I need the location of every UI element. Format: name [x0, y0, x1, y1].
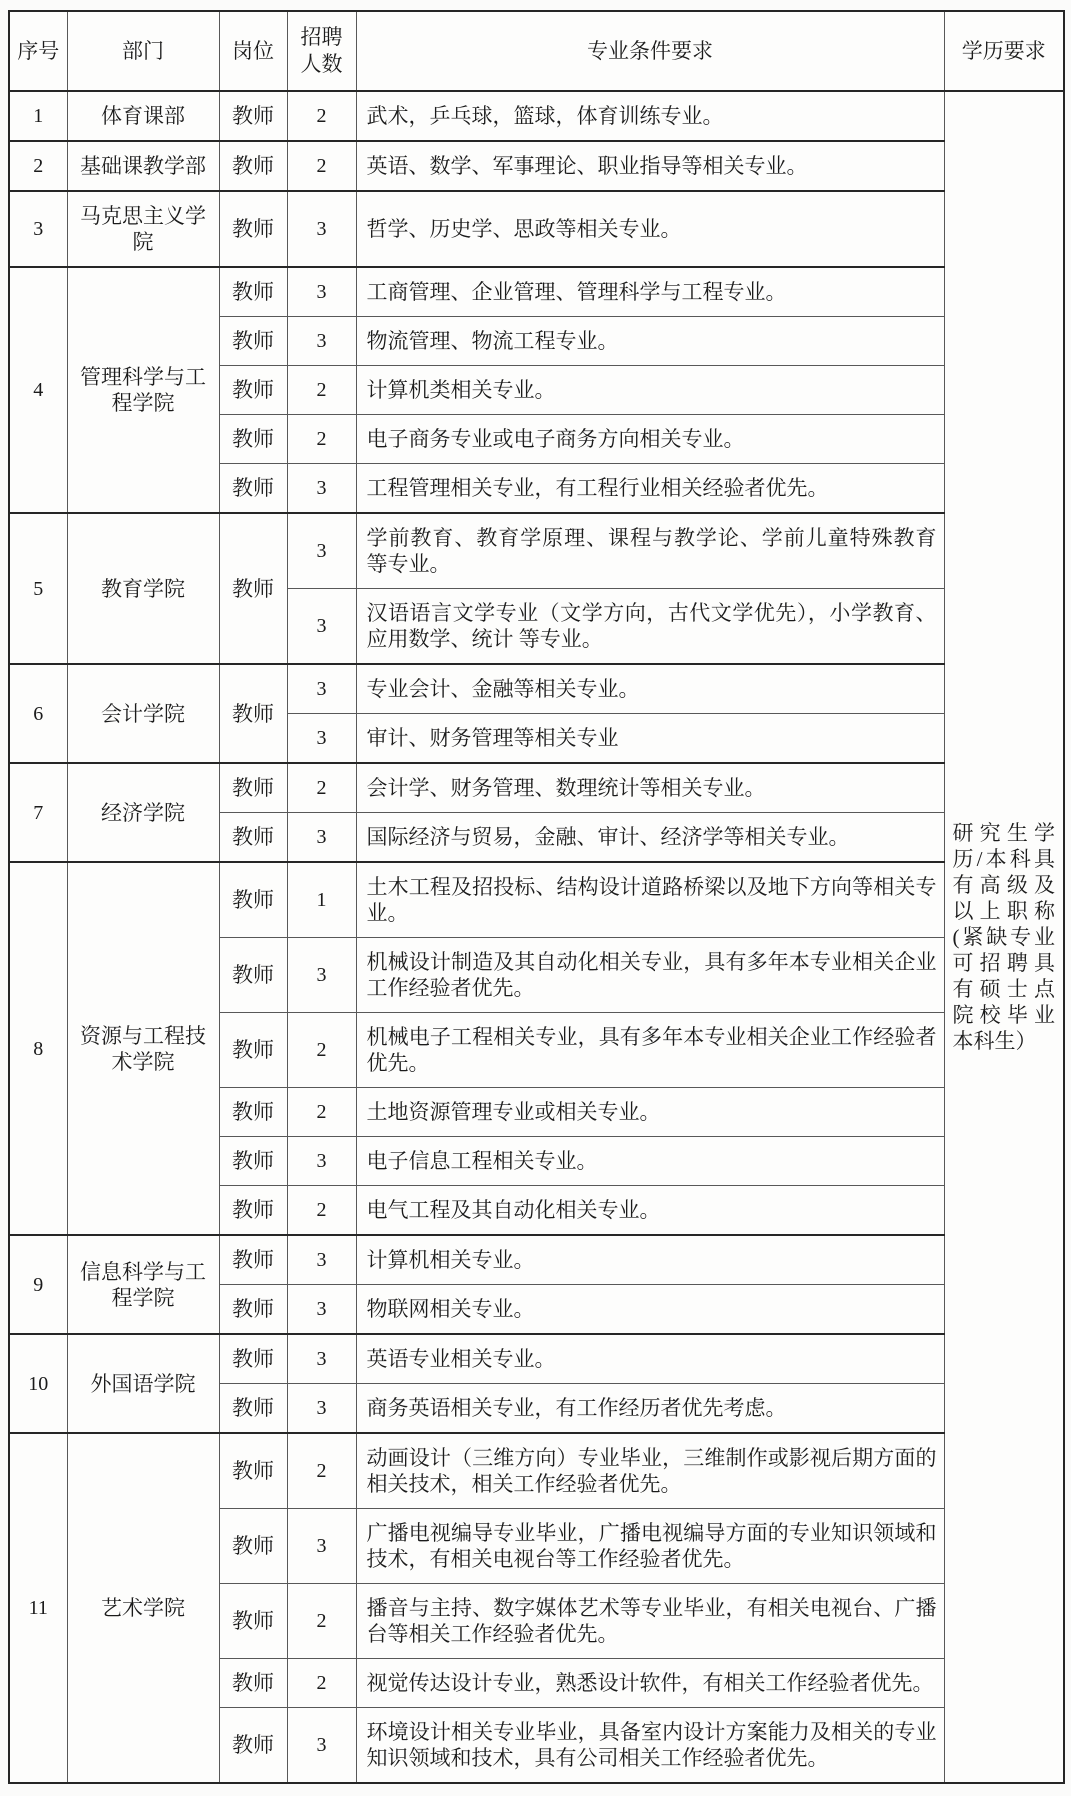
- header-position: 岗位: [219, 11, 287, 91]
- requirement-cell: 土木工程及招投标、结构设计道路桥梁以及地下方向等相关专业。: [356, 862, 944, 938]
- department-cell: 经济学院: [67, 763, 219, 862]
- recruitment-table: 序号 部门 岗位 招聘人数 专业条件要求 学历要求 1 体育课部 教师 2 武术…: [8, 10, 1065, 1784]
- group-no: 1: [9, 91, 67, 141]
- table-row: 1 体育课部 教师 2 武术，乒乓球，篮球，体育训练专业。 研究生学历/本科具有…: [9, 91, 1064, 141]
- count-cell: 3: [287, 1384, 356, 1434]
- document-page: 序号 部门 岗位 招聘人数 专业条件要求 学历要求 1 体育课部 教师 2 武术…: [0, 0, 1071, 1796]
- requirement-cell: 土地资源管理专业或相关专业。: [356, 1088, 944, 1137]
- table-row: 4 管理科学与工程学院 教师 3 工商管理、企业管理、管理科学与工程专业。: [9, 267, 1064, 317]
- requirement-cell: 英语、数学、军事理论、职业指导等相关专业。: [356, 141, 944, 191]
- position-cell: 教师: [219, 1384, 287, 1434]
- position-cell: 教师: [219, 317, 287, 366]
- group-no: 6: [9, 664, 67, 763]
- group-no: 7: [9, 763, 67, 862]
- position-cell: 教师: [219, 813, 287, 863]
- count-cell: 3: [287, 1708, 356, 1784]
- position-cell: 教师: [219, 1708, 287, 1784]
- count-cell: 2: [287, 1088, 356, 1137]
- position-cell: 教师: [219, 1659, 287, 1708]
- position-cell: 教师: [219, 1584, 287, 1659]
- department-cell: 资源与工程技术学院: [67, 862, 219, 1235]
- requirement-cell: 物联网相关专业。: [356, 1285, 944, 1335]
- header-education: 学历要求: [944, 11, 1064, 91]
- department-cell: 基础课教学部: [67, 141, 219, 191]
- position-cell: 教师: [219, 415, 287, 464]
- count-cell: 3: [287, 1137, 356, 1186]
- table-row: 8 资源与工程技术学院 教师 1 土木工程及招投标、结构设计道路桥梁以及地下方向…: [9, 862, 1064, 938]
- group-no: 2: [9, 141, 67, 191]
- requirement-cell: 会计学、财务管理、数理统计等相关专业。: [356, 763, 944, 813]
- position-cell: 教师: [219, 938, 287, 1013]
- position-cell: 教师: [219, 141, 287, 191]
- group-no: 8: [9, 862, 67, 1235]
- position-cell: 教师: [219, 1235, 287, 1285]
- count-cell: 3: [287, 1334, 356, 1384]
- department-cell: 管理科学与工程学院: [67, 267, 219, 513]
- count-cell: 2: [287, 91, 356, 141]
- position-cell: 教师: [219, 1137, 287, 1186]
- header-department: 部门: [67, 11, 219, 91]
- position-cell: 教师: [219, 862, 287, 938]
- requirement-cell: 计算机相关专业。: [356, 1235, 944, 1285]
- requirement-cell: 电子信息工程相关专业。: [356, 1137, 944, 1186]
- count-cell: 2: [287, 1659, 356, 1708]
- requirement-cell: 电子商务专业或电子商务方向相关专业。: [356, 415, 944, 464]
- group-no: 10: [9, 1334, 67, 1433]
- requirement-cell: 专业会计、金融等相关专业。: [356, 664, 944, 714]
- requirement-cell: 武术，乒乓球，篮球，体育训练专业。: [356, 91, 944, 141]
- group-no: 11: [9, 1433, 67, 1783]
- count-cell: 2: [287, 141, 356, 191]
- position-cell: 教师: [219, 1285, 287, 1335]
- department-cell: 体育课部: [67, 91, 219, 141]
- position-cell: 教师: [219, 763, 287, 813]
- count-cell: 2: [287, 366, 356, 415]
- count-cell: 3: [287, 267, 356, 317]
- requirement-cell: 广播电视编导专业毕业，广播电视编导方面的专业知识领域和技术，有相关电视台等工作经…: [356, 1509, 944, 1584]
- position-cell: 教师: [219, 191, 287, 267]
- requirement-cell: 英语专业相关专业。: [356, 1334, 944, 1384]
- position-cell: 教师: [219, 1334, 287, 1384]
- requirement-cell: 学前教育、教育学原理、课程与教学论、学前儿童特殊教育 等专业。: [356, 513, 944, 589]
- position-cell: 教师: [219, 664, 287, 763]
- position-cell: 教师: [219, 91, 287, 141]
- table-header-row: 序号 部门 岗位 招聘人数 专业条件要求 学历要求: [9, 11, 1064, 91]
- requirement-cell: 哲学、历史学、思政等相关专业。: [356, 191, 944, 267]
- requirement-cell: 工程管理相关专业，有工程行业相关经验者优先。: [356, 464, 944, 514]
- header-count: 招聘人数: [287, 11, 356, 91]
- table-row: 11 艺术学院 教师 2 动画设计（三维方向）专业毕业，三维制作或影视后期方面的…: [9, 1433, 1064, 1509]
- count-cell: 3: [287, 317, 356, 366]
- department-cell: 马克思主义学院: [67, 191, 219, 267]
- requirement-cell: 汉语语言文学专业（文学方向，古代文学优先），小学教育、应用数学、统计 等专业。: [356, 589, 944, 665]
- position-cell: 教师: [219, 366, 287, 415]
- position-cell: 教师: [219, 1013, 287, 1088]
- requirement-cell: 环境设计相关专业毕业，具备室内设计方案能力及相关的专业知识领域和技术，具有公司相…: [356, 1708, 944, 1784]
- count-cell: 3: [287, 191, 356, 267]
- count-cell: 2: [287, 763, 356, 813]
- requirement-cell: 机械电子工程相关专业，具有多年本专业相关企业工作经验者优先。: [356, 1013, 944, 1088]
- position-cell: 教师: [219, 267, 287, 317]
- header-requirements: 专业条件要求: [356, 11, 944, 91]
- requirement-cell: 物流管理、物流工程专业。: [356, 317, 944, 366]
- table-row: 5 教育学院 教师 3 学前教育、教育学原理、课程与教学论、学前儿童特殊教育 等…: [9, 513, 1064, 589]
- count-cell: 2: [287, 415, 356, 464]
- requirement-cell: 机械设计制造及其自动化相关专业，具有多年本专业相关企业工作经验者优先。: [356, 938, 944, 1013]
- requirement-cell: 审计、财务管理等相关专业: [356, 714, 944, 764]
- count-cell: 2: [287, 1584, 356, 1659]
- count-cell: 3: [287, 813, 356, 863]
- count-cell: 2: [287, 1013, 356, 1088]
- table-row: 9 信息科学与工程学院 教师 3 计算机相关专业。: [9, 1235, 1064, 1285]
- requirement-cell: 工商管理、企业管理、管理科学与工程专业。: [356, 267, 944, 317]
- group-no: 4: [9, 267, 67, 513]
- group-no: 5: [9, 513, 67, 664]
- count-cell: 3: [287, 513, 356, 589]
- table-row: 6 会计学院 教师 3 专业会计、金融等相关专业。: [9, 664, 1064, 714]
- table-row: 10 外国语学院 教师 3 英语专业相关专业。: [9, 1334, 1064, 1384]
- requirement-cell: 计算机类相关专业。: [356, 366, 944, 415]
- position-cell: 教师: [219, 464, 287, 514]
- count-cell: 3: [287, 464, 356, 514]
- position-cell: 教师: [219, 1186, 287, 1236]
- count-cell: 3: [287, 589, 356, 665]
- table-row: 7 经济学院 教师 2 会计学、财务管理、数理统计等相关专业。: [9, 763, 1064, 813]
- count-cell: 3: [287, 664, 356, 714]
- education-requirement-cell: 研究生学历/本科具有高级及以上职称(紧缺专业可招聘具有硕士点院校毕业本科生）: [944, 91, 1064, 1783]
- count-cell: 3: [287, 714, 356, 764]
- department-cell: 信息科学与工程学院: [67, 1235, 219, 1334]
- requirement-cell: 电气工程及其自动化相关专业。: [356, 1186, 944, 1236]
- count-cell: 3: [287, 1235, 356, 1285]
- position-cell: 教师: [219, 1509, 287, 1584]
- count-cell: 3: [287, 938, 356, 1013]
- count-cell: 2: [287, 1433, 356, 1509]
- count-cell: 2: [287, 1186, 356, 1236]
- count-cell: 3: [287, 1285, 356, 1335]
- requirement-cell: 播音与主持、数字媒体艺术等专业毕业，有相关电视台、广播台等相关工作经验者优先。: [356, 1584, 944, 1659]
- requirement-cell: 动画设计（三维方向）专业毕业，三维制作或影视后期方面的相关技术，相关工作经验者优…: [356, 1433, 944, 1509]
- count-cell: 3: [287, 1509, 356, 1584]
- department-cell: 会计学院: [67, 664, 219, 763]
- position-cell: 教师: [219, 1433, 287, 1509]
- table-row: 2 基础课教学部 教师 2 英语、数学、军事理论、职业指导等相关专业。: [9, 141, 1064, 191]
- department-cell: 艺术学院: [67, 1433, 219, 1783]
- group-no: 3: [9, 191, 67, 267]
- group-no: 9: [9, 1235, 67, 1334]
- header-index: 序号: [9, 11, 67, 91]
- requirement-cell: 视觉传达设计专业，熟悉设计软件，有相关工作经验者优先。: [356, 1659, 944, 1708]
- requirement-cell: 商务英语相关专业，有工作经历者优先考虑。: [356, 1384, 944, 1434]
- requirement-cell: 国际经济与贸易，金融、审计、经济学等相关专业。: [356, 813, 944, 863]
- table-row: 3 马克思主义学院 教师 3 哲学、历史学、思政等相关专业。: [9, 191, 1064, 267]
- count-cell: 1: [287, 862, 356, 938]
- department-cell: 教育学院: [67, 513, 219, 664]
- position-cell: 教师: [219, 513, 287, 664]
- department-cell: 外国语学院: [67, 1334, 219, 1433]
- position-cell: 教师: [219, 1088, 287, 1137]
